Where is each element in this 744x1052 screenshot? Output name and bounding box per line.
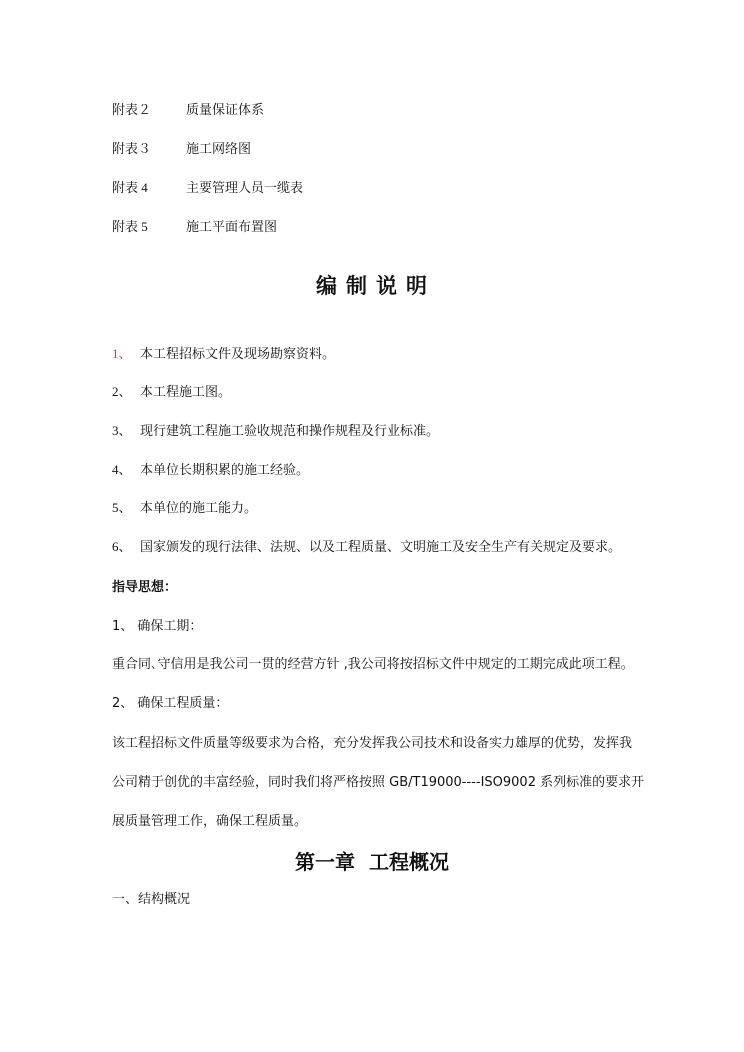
compile-item: 3、现行建筑工程施工验收规范和操作规程及行业标准。	[112, 423, 439, 440]
chapter-title: 第一章 工程概况	[0, 848, 744, 876]
item-text: 本工程招标文件及现场勘察资料。	[140, 347, 335, 362]
quality-title: 2、 确保工程质量：	[112, 696, 228, 712]
compile-item: 4、本单位长期积累的施工经验。	[112, 462, 309, 479]
appendix-label: 附表２	[112, 102, 186, 118]
item-number: 5、	[112, 500, 140, 516]
item-text: 本单位长期积累的施工经验。	[140, 463, 309, 478]
subsection-title: 一、结构概况	[112, 892, 190, 908]
appendix-label: 附表３	[112, 141, 186, 157]
quality-body-line: 该工程招标文件质量等级要求为合格，充分发挥我公司技术和设备实力雄厚的优势，发挥我	[112, 736, 632, 752]
item-number: 6、	[112, 539, 140, 555]
appendix-item: 附表 5施工平面布置图	[112, 219, 277, 236]
item-text: 现行建筑工程施工验收规范和操作规程及行业标准。	[140, 424, 439, 439]
schedule-body: 重合同､守信用是我公司一贯的经营方针 ,我公司将按招标文件中规定的工期完成此项工…	[112, 657, 632, 673]
item-text: 本工程施工图。	[140, 385, 231, 400]
document-page: 附表２质量保证体系 附表３施工网络图 附表 4主要管理人员一缆表 附表 5施工平…	[0, 0, 744, 1052]
appendix-label: 附表 4	[112, 180, 186, 196]
item-text: 本单位的施工能力。	[140, 501, 257, 516]
appendix-item: 附表２质量保证体系	[112, 102, 264, 119]
section-title-compile-notes: 编制说明	[0, 272, 744, 300]
compile-item: 5、本单位的施工能力。	[112, 500, 257, 517]
appendix-title: 施工网络图	[186, 142, 251, 158]
item-number: 3、	[112, 423, 140, 439]
appendix-title: 主要管理人员一缆表	[186, 181, 303, 197]
appendix-item: 附表 4主要管理人员一缆表	[112, 180, 303, 197]
item-text: 国家颁发的现行法律、法规、以及工程质量、文明施工及安全生产有关规定及要求。	[140, 540, 621, 555]
compile-item: 1、本工程招标文件及现场勘察资料。	[112, 346, 335, 363]
appendix-item: 附表３施工网络图	[112, 141, 251, 158]
item-number: 1、	[112, 346, 140, 362]
guiding-thought-heading: 指导思想：	[112, 580, 177, 596]
appendix-label: 附表 5	[112, 219, 186, 235]
quality-body-line: 公司精于创优的丰富经验，同时我们将严格按照 GB/T19000----ISO90…	[112, 775, 632, 791]
appendix-title: 施工平面布置图	[186, 220, 277, 236]
item-number: 4、	[112, 462, 140, 478]
compile-item: 2、本工程施工图。	[112, 384, 231, 401]
compile-item: 6、国家颁发的现行法律、法规、以及工程质量、文明施工及安全生产有关规定及要求。	[112, 539, 621, 556]
item-number: 2、	[112, 384, 140, 400]
schedule-title: 1、 确保工期：	[112, 619, 202, 635]
quality-body-line: 展质量管理工作，确保工程质量。	[112, 814, 632, 830]
appendix-title: 质量保证体系	[186, 103, 264, 119]
